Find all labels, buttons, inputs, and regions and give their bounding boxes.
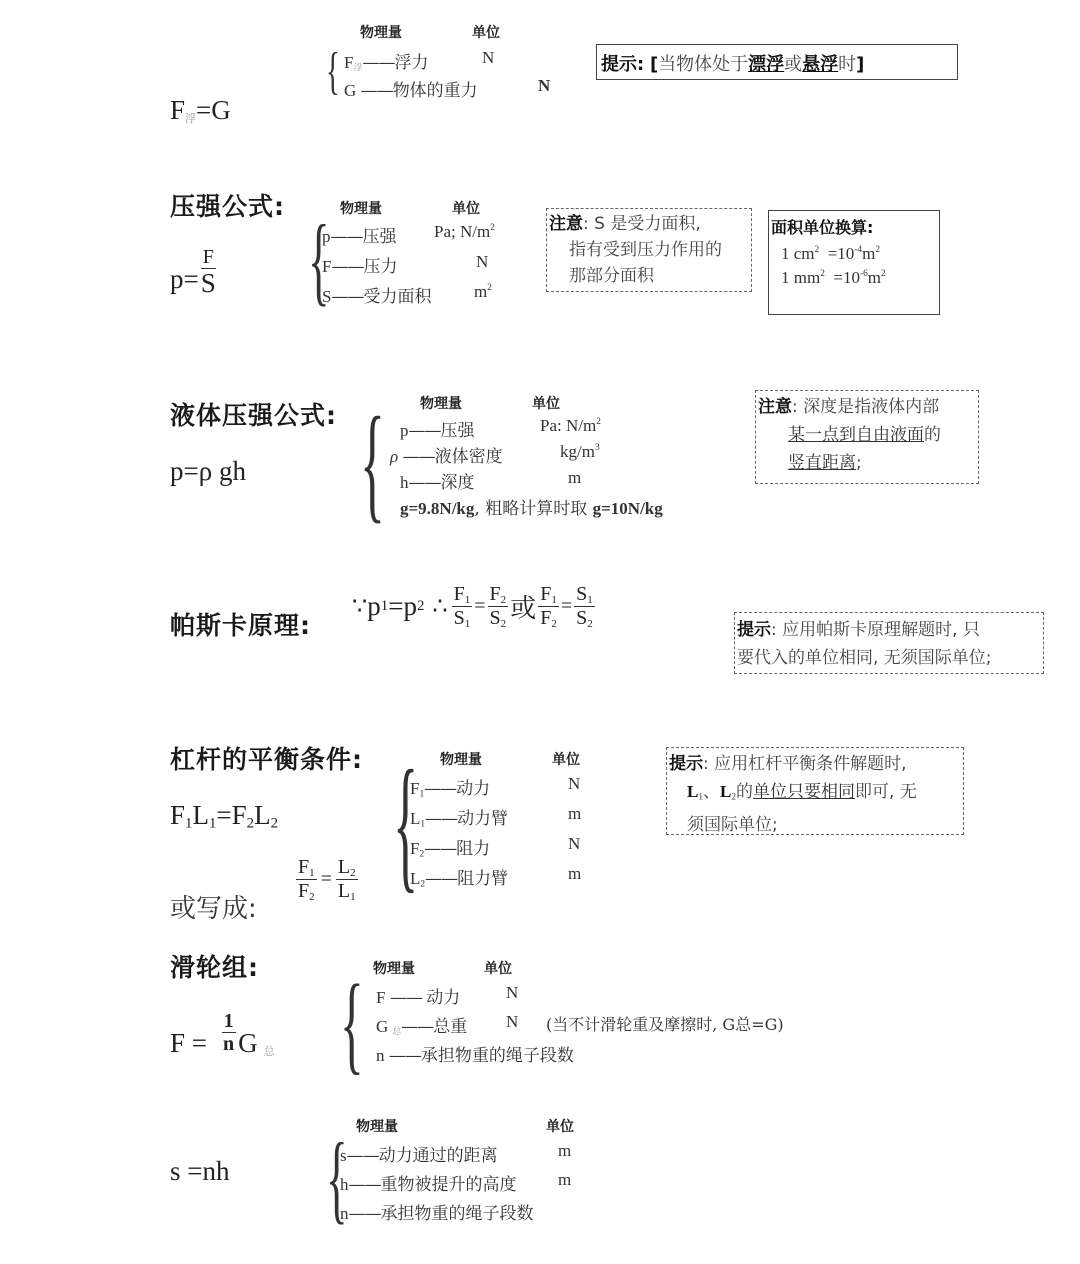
liquid-row-3: h——深度 m	[400, 468, 475, 493]
liquid-row-1: p——压强 Pa: N/m2	[400, 416, 475, 441]
pulley-heading: 滑轮组:	[170, 948, 259, 984]
buoyancy-formula: F浮=G	[170, 95, 231, 126]
brace: {	[360, 398, 385, 528]
pulley-formula: F = 1n G总	[170, 1010, 275, 1059]
lever-formula: F1L1=F2L2	[170, 800, 278, 833]
liquid-pressure-formula: p=ρ gh	[170, 456, 246, 487]
pascal-formula: ∵ p1=p2 ∴ F1S1 = F2S2 或 F1F2 = S1S2	[352, 572, 595, 640]
buoyancy-row-2: G ——物体的重力 N	[344, 76, 478, 101]
col-header-unit: 单位	[532, 393, 560, 413]
distance-row-1: s——动力通过的距离 m	[340, 1141, 498, 1166]
col-header-quantity: 物理量	[420, 393, 462, 413]
buoyancy-row-1: F浮——浮力 N	[344, 48, 428, 73]
pascal-heading: 帕斯卡原理:	[170, 606, 311, 642]
col-header-quantity: 物理量	[340, 198, 382, 218]
pulley-row-3: n ——承担物重的绳子段数	[376, 1041, 574, 1066]
liquid-row-2: ρ ——液体密度 kg/m3	[390, 442, 503, 467]
col-header-quantity: 物理量	[360, 22, 402, 42]
brace: {	[340, 968, 364, 1078]
pressure-formula: p=FS	[170, 250, 218, 299]
lever-row-2: L1——动力臂 m	[410, 804, 508, 829]
lever-alt-formula: F1F2 = L2L1	[296, 856, 358, 903]
lever-heading: 杠杆的平衡条件:	[170, 740, 363, 776]
lever-tip-box: 提示: 应用杠杆平衡条件解题时, L1、L2的单位只要相同即可, 无 须国际单位…	[666, 747, 964, 835]
col-header-unit: 单位	[472, 22, 500, 42]
liquid-note-box: 注意: 深度是指液体内部 某一点到自由液面的 竖直距离;	[755, 390, 979, 484]
area-conversion-box: 面积单位换算: 1 cm2 =10-4m2 1 mm2 =10-6m2	[768, 210, 940, 315]
col-header-quantity: 物理量	[440, 749, 482, 769]
distance-row-3: n——承担物重的绳子段数	[340, 1199, 534, 1224]
lever-row-1: F1——动力 N	[410, 774, 490, 799]
pressure-note-box: 注意: S 是受力面积, 指有受到压力作用的 那部分面积	[546, 208, 752, 292]
pressure-row-3: S——受力面积 m2	[322, 282, 431, 307]
pressure-heading: 压强公式:	[170, 187, 285, 223]
buoyancy-tip-box: 提示: [[当物体处于当物体处于漂浮或悬浮时]	[596, 44, 958, 80]
liquid-pressure-heading: 液体压强公式:	[170, 396, 337, 432]
pressure-row-1: p——压强 Pa; N/m2	[322, 222, 397, 247]
pascal-tip-box: 提示: 应用帕斯卡原理解题时, 只 要代入的单位相同, 无须国际单位;	[734, 612, 1044, 674]
lever-row-3: F2——阻力 N	[410, 834, 490, 859]
gravity-constant-line: g=9.8N/kg, 粗略计算时取 g=10N/kg	[400, 494, 663, 519]
col-header-quantity: 物理量	[373, 958, 415, 978]
col-header-unit: 单位	[452, 198, 480, 218]
pressure-row-2: F——压力 N	[322, 252, 397, 277]
brace: {	[326, 46, 340, 98]
col-header-unit: 单位	[552, 749, 580, 769]
lever-row-4: L2——阻力臂 m	[410, 864, 508, 889]
col-header-unit: 单位	[484, 958, 512, 978]
pulley-row-2: G总——总重 N (当不计滑轮重及摩擦时, G总=G)	[376, 1012, 467, 1037]
col-header-quantity: 物理量	[356, 1116, 398, 1136]
distance-formula: s =nh	[170, 1156, 229, 1187]
lever-alt-label: 或写成:	[170, 888, 257, 925]
distance-row-2: h——重物被提升的高度 m	[340, 1170, 517, 1195]
pulley-row-1: F —— 动力 N	[376, 983, 460, 1008]
col-header-unit: 单位	[546, 1116, 574, 1136]
